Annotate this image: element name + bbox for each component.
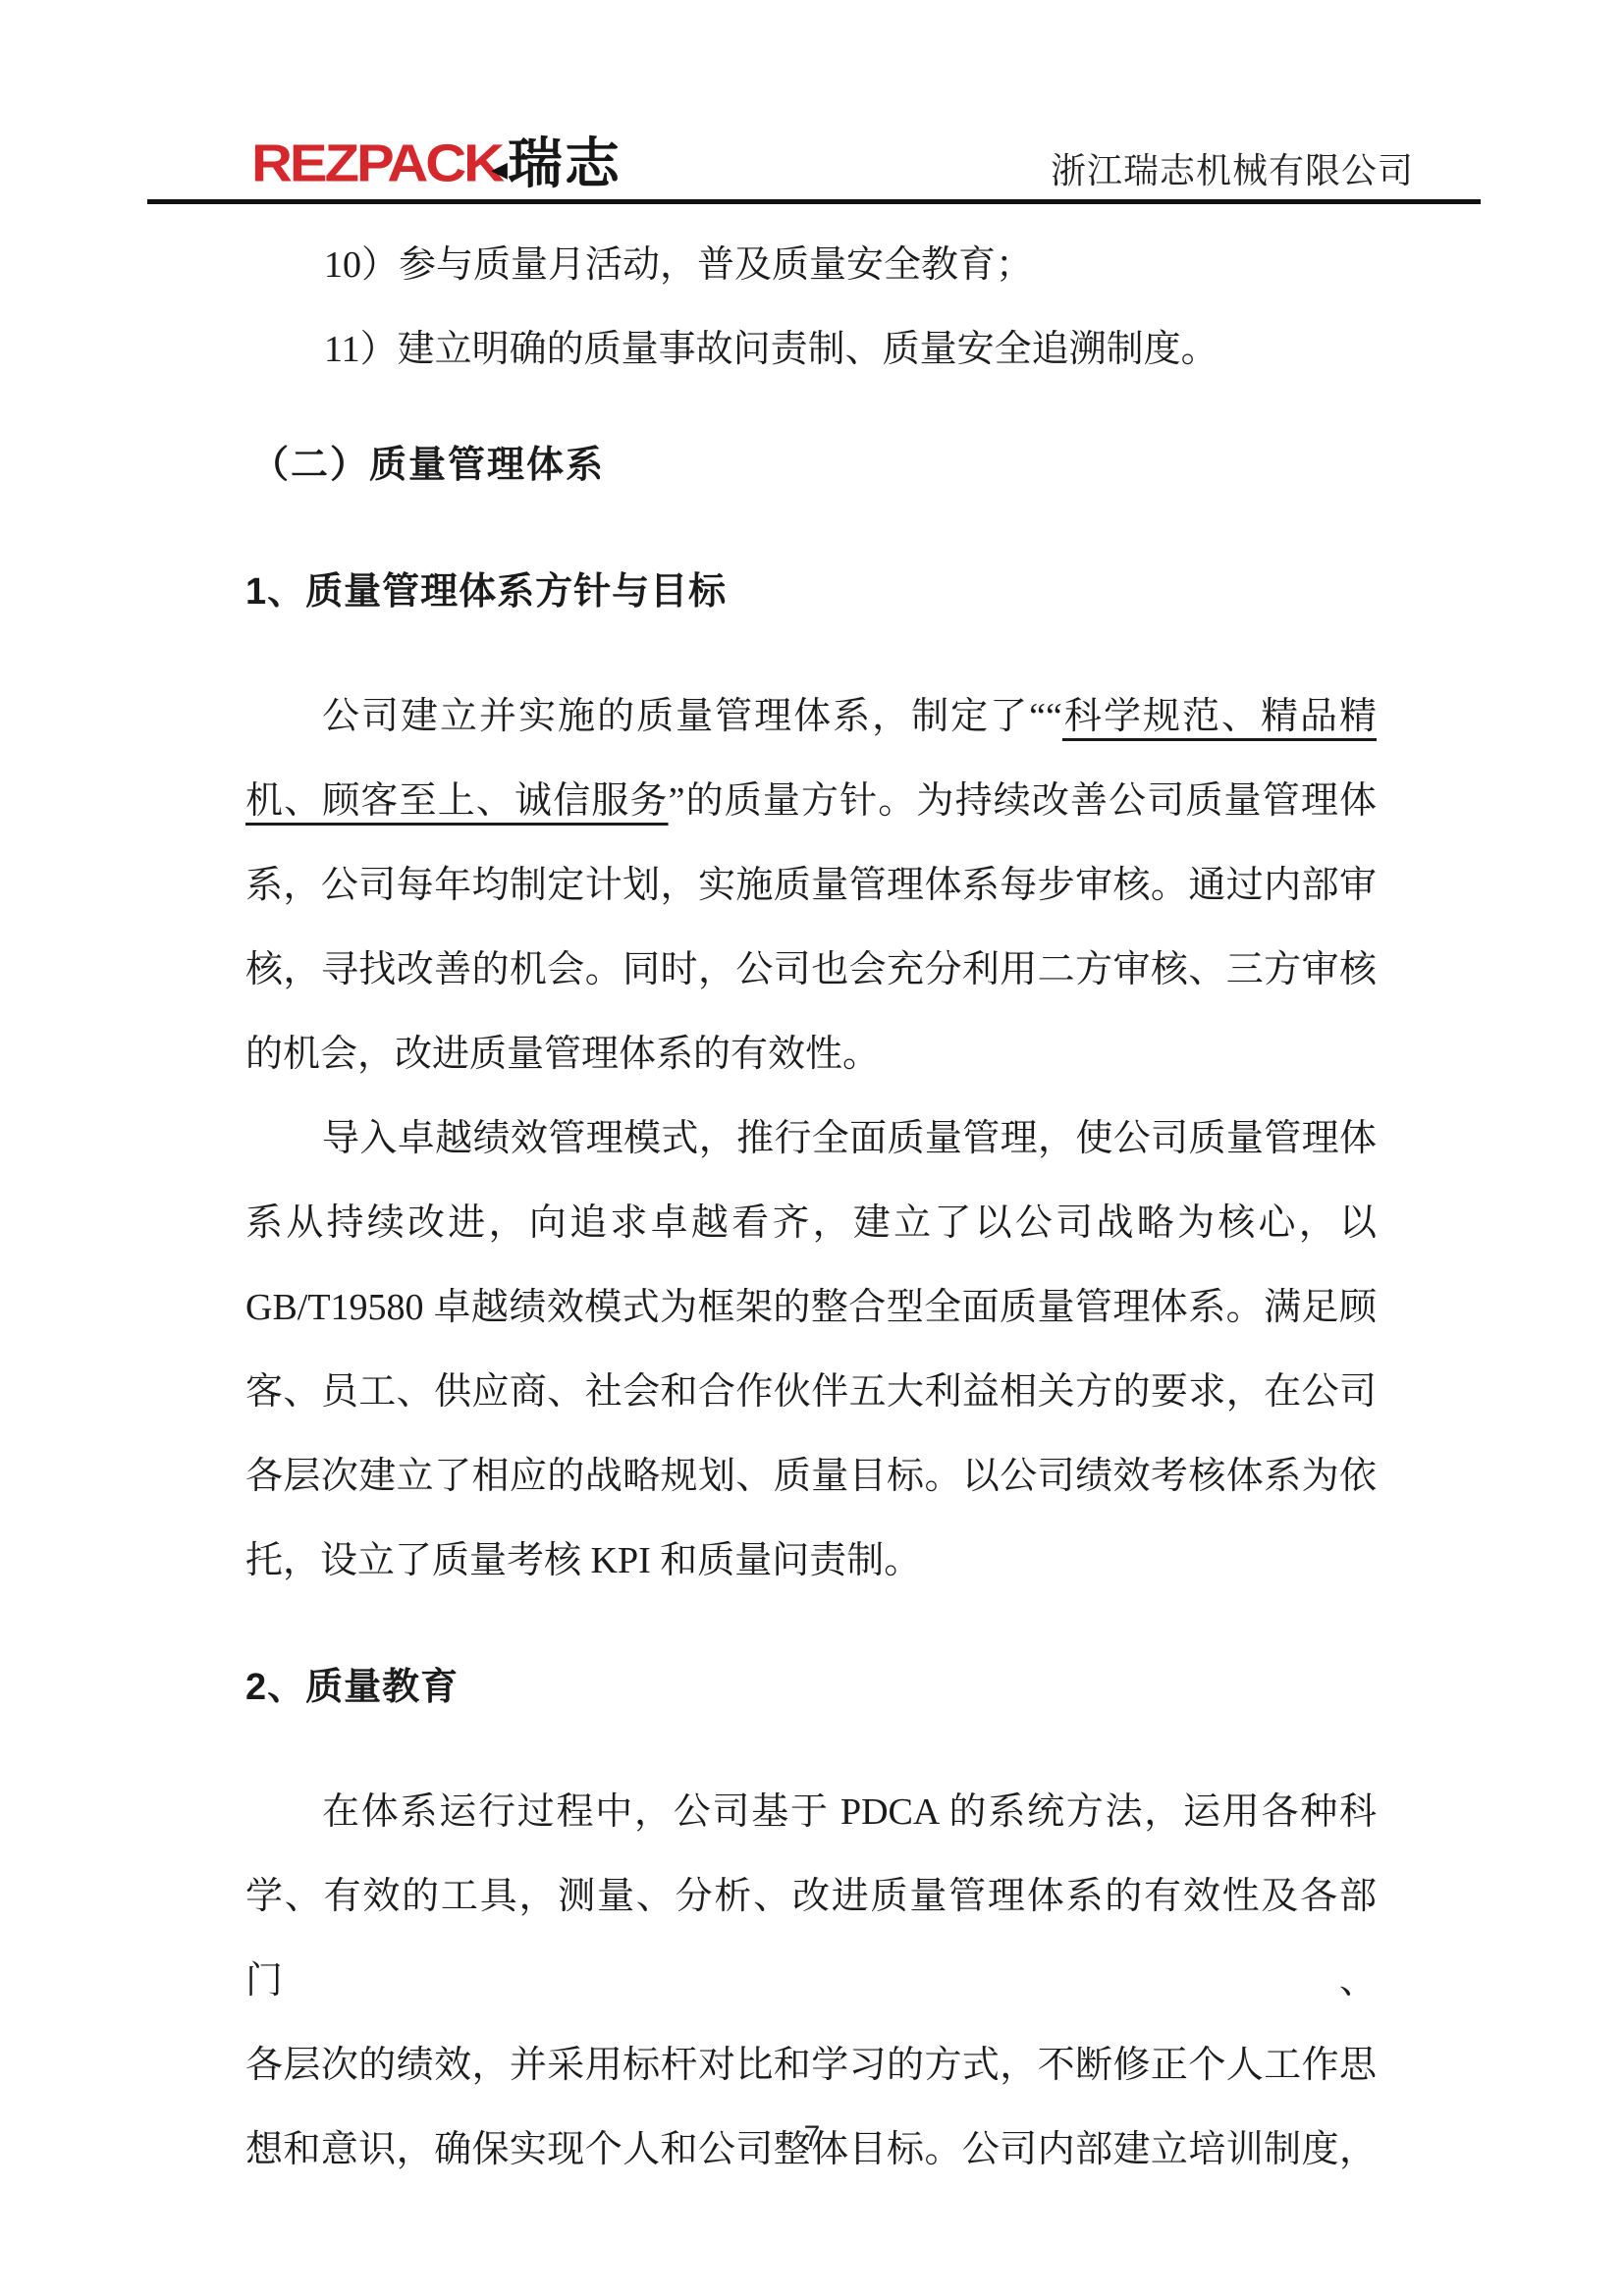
page-header: REZPACK 瑞志 ◀ 浙江瑞志机械有限公司: [0, 0, 1624, 211]
logo-arrow-icon: ◀: [491, 157, 508, 183]
paragraph-line: 系从持续改进，向追求卓越看齐，建立了以公司战略为核心，以: [245, 1181, 1377, 1265]
underlined-text: 机、顾客至上、诚信服务: [245, 780, 669, 822]
logo-chinese-text: 瑞志: [508, 135, 622, 192]
text-run: 公司建立并实施的质量管理体系，制定了““: [322, 696, 1062, 737]
text-run: GB/T19580 卓越绩效模式为框架的整合型全面质量管理体系。满足顾: [245, 1287, 1377, 1328]
text-run: 在体系运行过程中，公司基于 PDCA 的系统方法，运用各种科: [322, 1791, 1377, 1833]
paragraph-line: 导入卓越绩效管理模式，推行全面质量管理，使公司质量管理体: [245, 1096, 1377, 1181]
page-number: 7: [0, 2120, 1624, 2154]
paragraph-line: 托，设立了质量考核 KPI 和质量问责制。: [245, 1519, 1377, 1603]
underlined-text: 科学规范、精品精: [1062, 696, 1377, 737]
header-rule: [147, 199, 1481, 204]
paragraph-line: 学、有效的工具，测量、分析、改进质量管理体系的有效性及各部门、: [245, 1854, 1377, 2023]
paragraph-line: 的机会，改进质量管理体系的有效性。: [245, 1012, 1377, 1096]
text-run: 导入卓越绩效管理模式，推行全面质量管理，使公司质量管理体: [322, 1118, 1377, 1159]
heading-section: （二）质量管理体系: [245, 392, 1377, 507]
paragraph-line: 在体系运行过程中，公司基于 PDCA 的系统方法，运用各种科: [245, 1770, 1377, 1854]
text-run: 系，公司每年均制定计划，实施质量管理体系每步审核。通过内部审: [245, 865, 1377, 906]
paragraph-line: 公司建立并实施的质量管理体系，制定了““科学规范、精品精: [245, 674, 1377, 759]
text-run: 客、员工、供应商、社会和合作伙伴五大利益相关方的要求，在公司: [245, 1371, 1377, 1413]
company-name: 浙江瑞志机械有限公司: [1051, 149, 1414, 192]
paragraph: 公司建立并实施的质量管理体系，制定了““科学规范、精品精机、顾客至上、诚信服务”…: [245, 674, 1377, 1096]
document-content: 10）参与质量月活动，普及质量安全教育；11）建立明确的质量事故问责制、质量安全…: [245, 223, 1377, 2192]
list-item: 11）建立明确的质量事故问责制、质量安全追溯制度。: [245, 307, 1377, 392]
text-run: 学、有效的工具，测量、分析、改进质量管理体系的有效性及各部门、: [245, 1876, 1377, 2002]
paragraph: 导入卓越绩效管理模式，推行全面质量管理，使公司质量管理体系从持续改进，向追求卓越…: [245, 1096, 1377, 1603]
text-run: 托，设立了质量考核 KPI 和质量问责制。: [245, 1540, 921, 1581]
text-run: 的机会，改进质量管理体系的有效性。: [245, 1034, 880, 1075]
document-page: REZPACK 瑞志 ◀ 浙江瑞志机械有限公司 10）参与质量月活动，普及质量安…: [0, 0, 1624, 2296]
paragraph-line: 系，公司每年均制定计划，实施质量管理体系每步审核。通过内部审: [245, 843, 1377, 928]
text-run: 各层次建立了相应的战略规划、质量目标。以公司绩效考核体系为依: [245, 1456, 1377, 1497]
text-run: 核，寻找改善的机会。同时，公司也会充分利用二方审核、三方审核: [245, 949, 1377, 990]
rezpack-logo: REZPACK 瑞志 ◀: [251, 135, 622, 192]
text-run: 系从持续改进，向追求卓越看齐，建立了以公司战略为核心，以: [245, 1202, 1377, 1244]
paragraph-line: 客、员工、供应商、社会和合作伙伴五大利益相关方的要求，在公司: [245, 1350, 1377, 1434]
text-run: 各层次的绩效，并采用标杆对比和学习的方式，不断修正个人工作思: [245, 2045, 1377, 2086]
list-item: 10）参与质量月活动，普及质量安全教育；: [245, 223, 1377, 307]
paragraph-line: 机、顾客至上、诚信服务”的质量方针。为持续改善公司质量管理体: [245, 759, 1377, 843]
paragraph-line: 各层次建立了相应的战略规划、质量目标。以公司绩效考核体系为依: [245, 1434, 1377, 1519]
text-run: ”的质量方针。为持续改善公司质量管理体: [669, 780, 1377, 822]
heading-subsection: 2、质量教育: [245, 1603, 1377, 1770]
paragraph-line: GB/T19580 卓越绩效模式为框架的整合型全面质量管理体系。满足顾: [245, 1265, 1377, 1350]
heading-subsection: 1、质量管理体系方针与目标: [245, 507, 1377, 674]
paragraph-line: 核，寻找改善的机会。同时，公司也会充分利用二方审核、三方审核: [245, 928, 1377, 1012]
paragraph-line: 各层次的绩效，并采用标杆对比和学习的方式，不断修正个人工作思: [245, 2023, 1377, 2108]
logo-latin-text: REZPACK: [251, 137, 502, 189]
